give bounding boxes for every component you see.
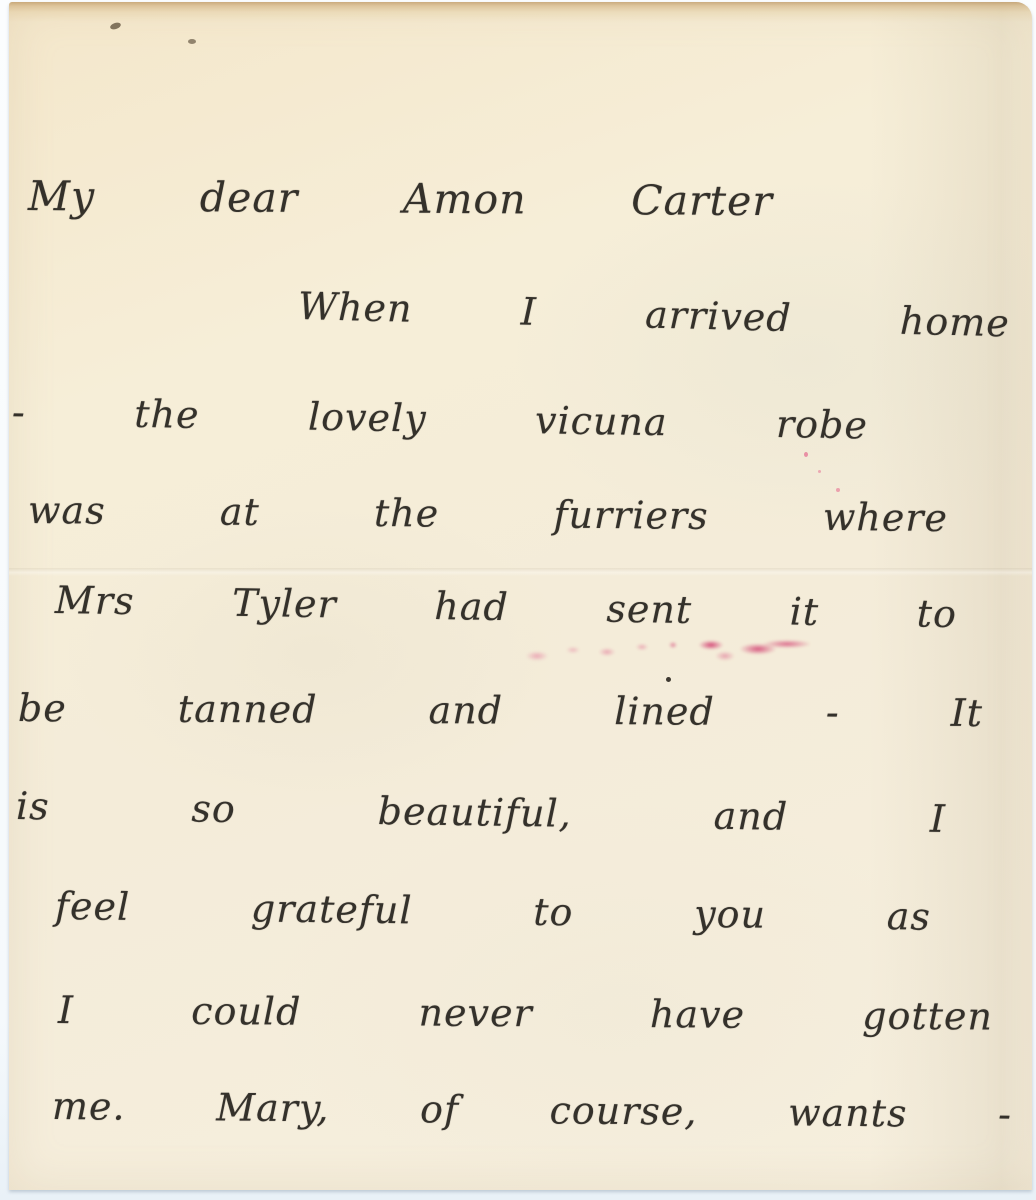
handwriting-line: is so beautiful, and I: [16, 784, 947, 843]
scanned-letter-page: My dear Amon Carter When I arrived home …: [0, 0, 1036, 1200]
handwriting-line: When I arrived home: [297, 284, 1010, 347]
handwriting-line: be tanned and lined - It: [18, 686, 983, 737]
handwriting-line: I could never have gotten: [58, 988, 993, 1040]
handwriting-line: me. Mary, of course, wants -: [52, 1084, 1012, 1138]
handwriting-line: was at the furriers where: [28, 488, 948, 542]
handwriting-line: - the lovely vicuna robe: [12, 390, 869, 449]
handwriting-line: feel grateful to you as: [55, 884, 931, 940]
letter-body: My dear Amon Carter When I arrived home …: [0, 0, 1036, 1200]
handwriting-line-salutation: My dear Amon Carter: [28, 172, 773, 226]
handwriting-line: Mrs Tyler had sent it to: [55, 578, 958, 638]
